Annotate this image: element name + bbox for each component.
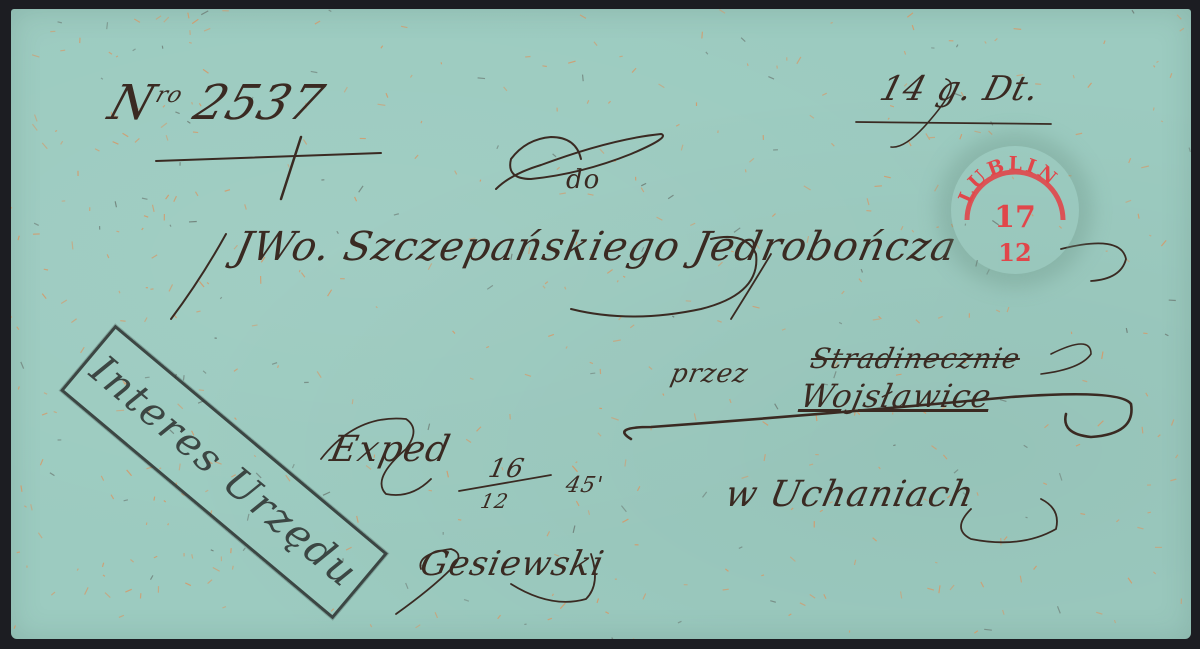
postmark-day: 17 [951,200,1079,235]
svg-text:LUBLIN: LUBLIN [954,153,1063,207]
registration-number-value: 2537 [187,75,331,131]
dispatch-day: 16 [486,454,527,484]
routing-struck-out: Stradinecznie [807,342,1023,375]
postmark: LUBLIN 17 12 [951,146,1079,274]
postal-cover: Nro 2537 14 g. Dt. do JWo. Szczepańskieg… [11,9,1191,639]
salutation: do [566,165,600,195]
routing-label: przez [668,359,751,389]
routing-replacement: Wojsławice [797,377,995,415]
clerk-signature: Gesiewski [417,544,608,584]
destination: w Uchaniach [722,474,979,515]
addressee-name: JWo. Szczepańskiego Jedrobończa [231,224,961,270]
dispatch-year: 45' [563,473,605,498]
postmark-month: 12 [951,238,1079,267]
postage-rate: 14 g. Dt. [876,69,1045,109]
dispatch-month: 12 [478,489,511,513]
registration-number: Nro 2537 [102,75,331,131]
dispatch-label: Exped [327,429,455,470]
postmark-town: LUBLIN [954,153,1063,207]
